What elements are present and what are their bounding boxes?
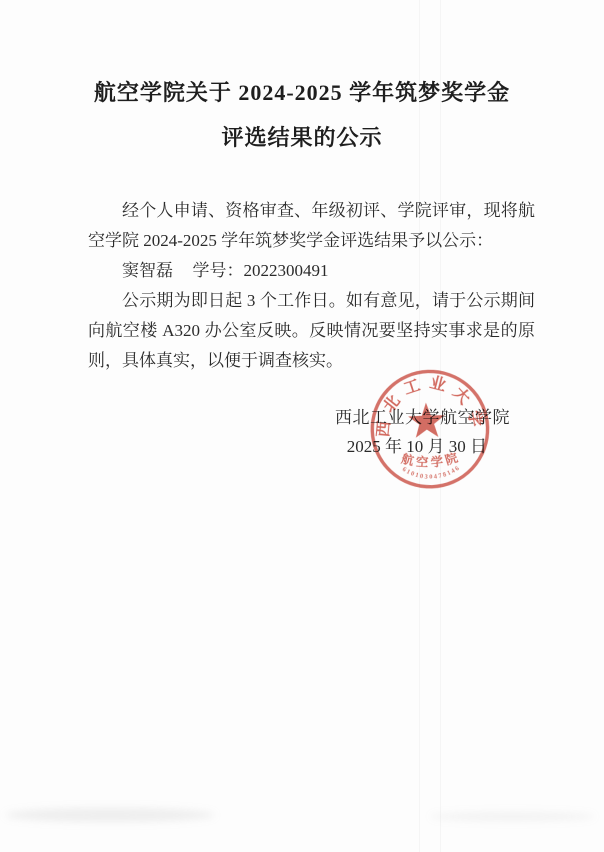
official-seal: 西北工业大学 航空学院 6101030478146 <box>366 367 494 495</box>
paragraph-intro: 经个人申请、资格审查、年级初评、学院评审，现将航空学院 2024-2025 学年… <box>88 196 535 256</box>
awardee-name: 窦智磊 <box>122 261 173 280</box>
awardee-line: 窦智磊学号：2022300491 <box>88 256 535 286</box>
official-seal-graphic: 西北工业大学 航空学院 6101030478146 <box>366 367 494 495</box>
star-icon <box>408 402 446 438</box>
announcement-page: 航空学院关于 2024-2025 学年筑梦奖学金 评选结果的公示 经个人申请、资… <box>0 0 604 852</box>
student-id-value: 2022300491 <box>244 261 329 280</box>
student-id-label: 学号： <box>193 261 244 280</box>
scan-smudge <box>430 812 595 821</box>
paragraph-notice: 公示期为即日起 3 个工作日。如有意见，请于公示期间向航空楼 A320 办公室反… <box>88 286 535 376</box>
document-title-line2: 评选结果的公示 <box>0 121 604 152</box>
scan-smudge <box>5 808 215 822</box>
document-body: 经个人申请、资格审查、年级初评、学院评审，现将航空学院 2024-2025 学年… <box>88 196 535 376</box>
document-title-line1: 航空学院关于 2024-2025 学年筑梦奖学金 <box>0 76 604 107</box>
